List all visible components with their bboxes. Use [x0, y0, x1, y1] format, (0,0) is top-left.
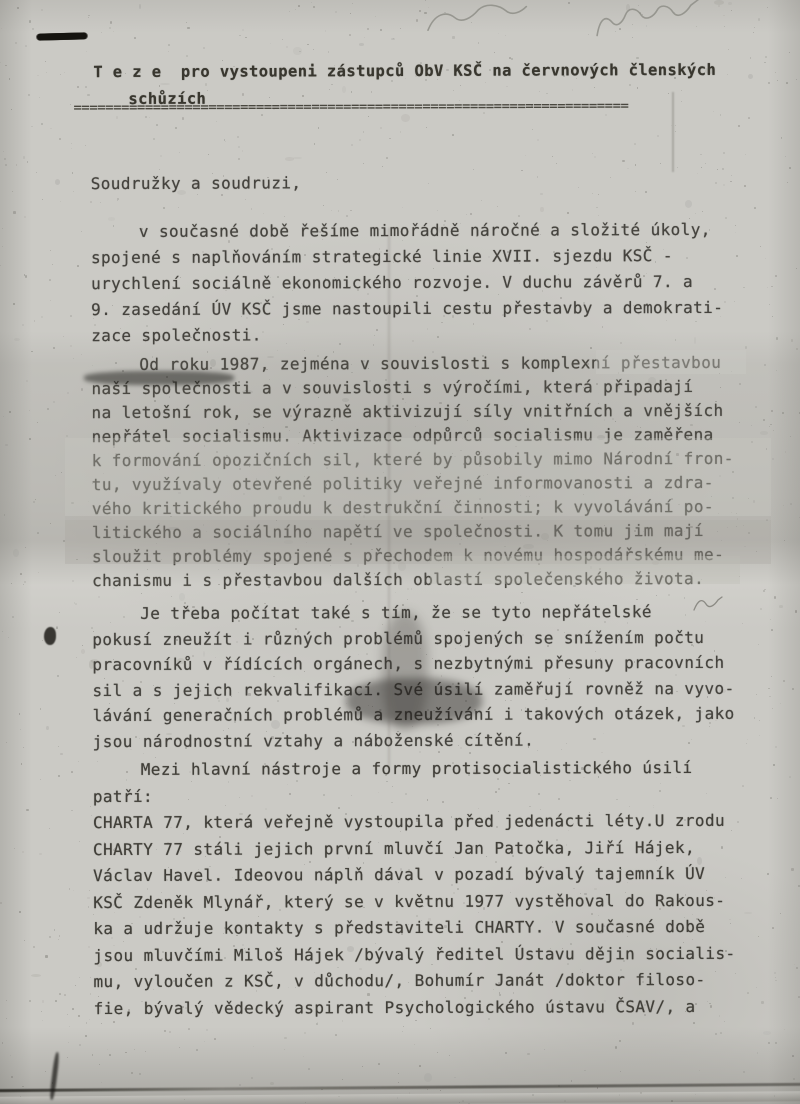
title-underline: ========================================…	[73, 99, 723, 113]
salutation: Soudružky a soudruzi,	[91, 170, 302, 197]
scanned-document-page: T e z e pro vystoupeni zástupců ObV KSČ …	[0, 0, 800, 1104]
paragraph-intro: v současné době řešíme mimořádně náročné…	[91, 217, 756, 349]
document-title-line-1: T e z e pro vystoupeni zástupců ObV KSČ …	[93, 57, 716, 85]
pencil-scribble-icon	[688, 592, 728, 618]
paragraph-je-treba: Je třeba počítat také s tím, že se tyto …	[92, 599, 758, 754]
typewritten-text-layer: T e z e pro vystoupeni zástupců ObV KSČ …	[0, 0, 800, 1104]
paragraph-since-1987: Od roku 1987, zejména v souvislosti s ko…	[91, 351, 757, 593]
paragraph-charta-77: Mezi hlavní nástroje a formy protisocial…	[93, 755, 759, 1022]
